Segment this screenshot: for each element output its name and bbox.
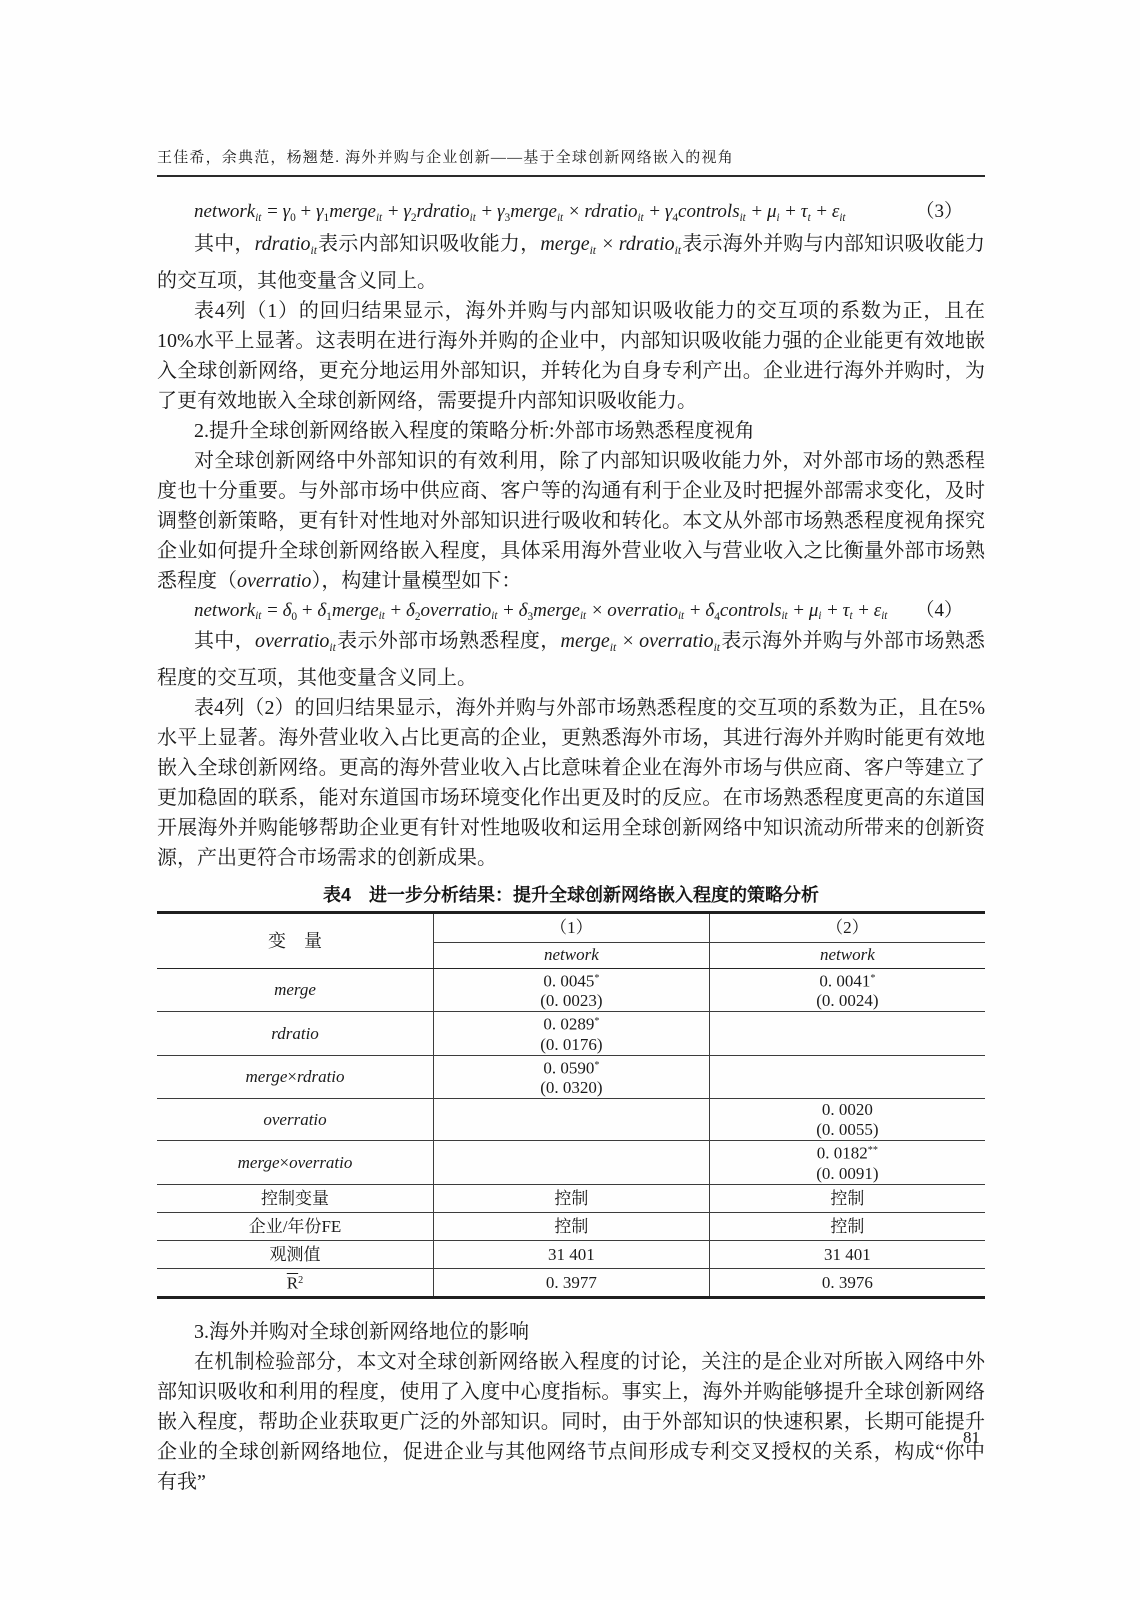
cell-col1: 控制 [434,1185,710,1213]
cell-col2: 0. 0182**(0. 0091) [709,1141,985,1185]
equation-4: networkit = δ0 + δ1mergeit + δ2overratio… [157,596,985,626]
cell-col2: 控制 [709,1185,985,1213]
cell-col1 [434,1099,710,1141]
table-row-merge-x-rdratio: merge×rdratio 0. 0590*(0. 0320) [157,1055,985,1099]
cell-col2: 0. 3976 [709,1269,985,1298]
equation-3-number: （3） [915,197,985,227]
cell-col1 [434,1141,710,1185]
table-header-row: 变 量 （1） （2） [157,912,985,942]
row-label: merge×rdratio [157,1055,434,1099]
cell-col1: 控制 [434,1213,710,1241]
paragraph-eq4-note: 其中，overratioit表示外部市场熟悉程度，mergeit × overr… [157,626,985,693]
content: 王佳希，余典范，杨翘楚. 海外并购与企业创新——基于全球创新网络嵌入的视角 ne… [157,146,985,1497]
row-label: merge×overratio [157,1141,434,1185]
table-4-title: 表4 进一步分析结果：提升全球创新网络嵌入程度的策略分析 [157,881,985,907]
row-label: 控制变量 [157,1185,434,1213]
cell-col2 [709,1055,985,1099]
paragraph-table4-col1-result: 表4列（1）的回归结果显示，海外并购与内部知识吸收能力的交互项的系数为正，且在1… [157,296,985,416]
table-depvar-col1: network [434,942,710,968]
paragraph-network-position: 在机制检验部分，本文对全球创新网络嵌入程度的讨论，关注的是企业对所嵌入网络中外部… [157,1347,985,1497]
table-header-col2: （2） [709,912,985,942]
table-row-r-squared: R2 0. 3977 0. 3976 [157,1269,985,1298]
table-header-col1: （1） [434,912,710,942]
cell-col1: 0. 3977 [434,1269,710,1298]
paragraph-eq3-note: 其中，rdratioit表示内部知识吸收能力，mergeit × rdratio… [157,229,985,296]
cell-col2: 0. 0041*(0. 0024) [709,968,985,1012]
equation-4-number: （4） [915,596,985,626]
paragraph-table4-col2-result: 表4列（2）的回归结果显示，海外并购与外部市场熟悉程度的交互项的系数为正，且在5… [157,693,985,873]
table-row-controls: 控制变量 控制 控制 [157,1185,985,1213]
table-header-variable: 变 量 [157,912,434,968]
section-heading-3: 3.海外并购对全球创新网络地位的影响 [157,1317,985,1347]
cell-col2: 0. 0020(0. 0055) [709,1099,985,1141]
table-row-fixed-effects: 企业/年份FE 控制 控制 [157,1213,985,1241]
cell-col1: 0. 0590*(0. 0320) [434,1055,710,1099]
page-number: 81 [963,1428,980,1448]
cell-col2 [709,1012,985,1056]
table-row-merge-x-overratio: merge×overratio 0. 0182**(0. 0091) [157,1141,985,1185]
cell-col2: 控制 [709,1213,985,1241]
table-row-rdratio: rdratio 0. 0289*(0. 0176) [157,1012,985,1056]
equation-3-body: networkit = γ0 + γ1mergeit + γ2rdratioit… [157,197,915,233]
page: 王佳希，余典范，杨翘楚. 海外并购与企业创新——基于全球创新网络嵌入的视角 ne… [0,0,1140,1600]
row-label: rdratio [157,1012,434,1056]
paragraph-external-market: 对全球创新网络中外部知识的有效利用，除了内部知识吸收能力外，对外部市场的熟悉程度… [157,446,985,596]
row-label: 企业/年份FE [157,1213,434,1241]
running-head: 王佳希，余典范，杨翘楚. 海外并购与企业创新——基于全球创新网络嵌入的视角 [157,146,985,177]
cell-col2: 31 401 [709,1241,985,1269]
cell-col1: 31 401 [434,1241,710,1269]
row-label: 观测值 [157,1241,434,1269]
section-heading-2: 2.提升全球创新网络嵌入程度的策略分析:外部市场熟悉程度视角 [157,416,985,446]
table-depvar-col2: network [709,942,985,968]
table-4: 变 量 （1） （2） network network merge 0. 004… [157,911,985,1299]
cell-col1: 0. 0045*(0. 0023) [434,968,710,1012]
row-label: R2 [157,1269,434,1298]
row-label: overratio [157,1099,434,1141]
table-row-overratio: overratio 0. 0020(0. 0055) [157,1099,985,1141]
table-row-merge: merge 0. 0045*(0. 0023) 0. 0041*(0. 0024… [157,968,985,1012]
row-label: merge [157,968,434,1012]
equation-3: networkit = γ0 + γ1mergeit + γ2rdratioit… [157,197,985,229]
table-row-observations: 观测值 31 401 31 401 [157,1241,985,1269]
cell-col1: 0. 0289*(0. 0176) [434,1012,710,1056]
